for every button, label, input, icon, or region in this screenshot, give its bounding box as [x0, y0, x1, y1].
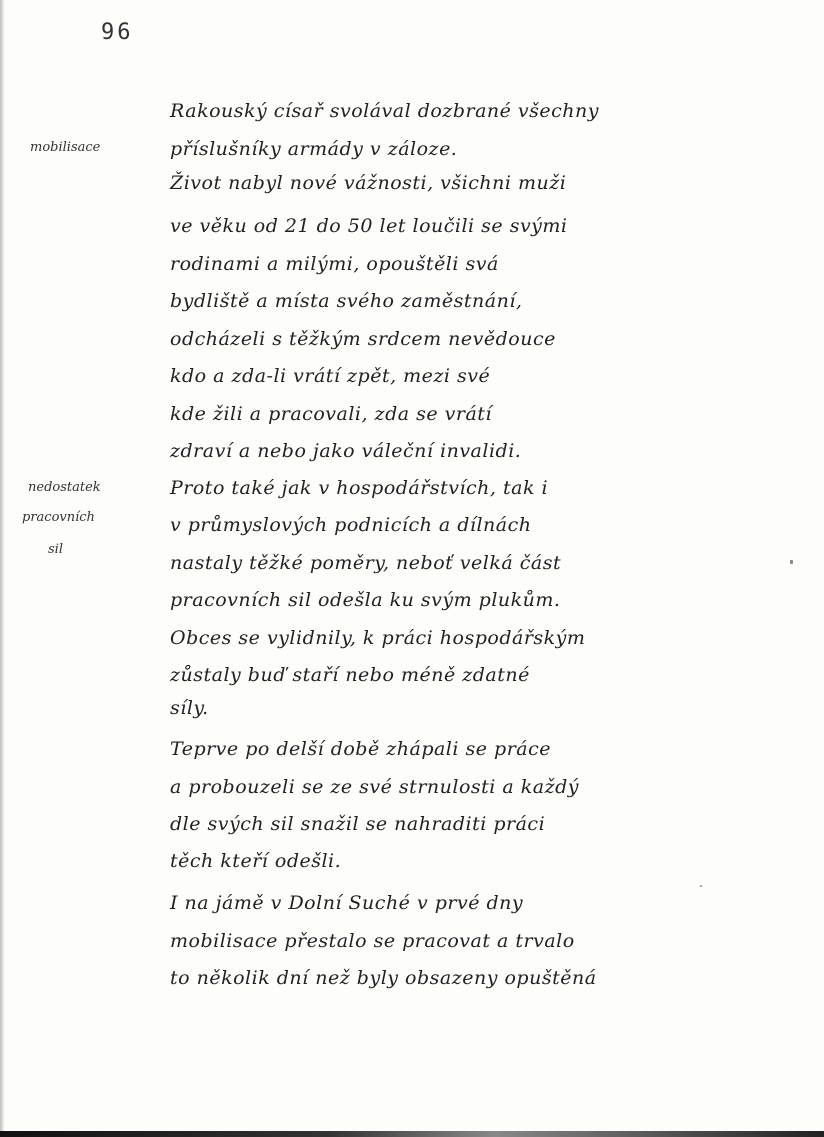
text-line: Obces se vylidnily, k práci hospodářským: [170, 627, 585, 649]
text-line: v průmyslových podnicích a dílnách: [170, 514, 532, 536]
scan-speck: [790, 560, 793, 564]
text-line: to několik dní než byly obsazeny opuštěn…: [170, 967, 597, 989]
text-line: bydliště a místa svého zaměstnání,: [170, 290, 522, 312]
document-page: 96 mobilisace nedostatek pracovních sil …: [0, 0, 824, 1137]
text-line: síly.: [170, 697, 209, 719]
margin-note-nedostatek: nedostatek: [28, 480, 101, 495]
text-line: Život nabyl nové vážnosti, všichni muži: [170, 172, 566, 194]
text-line: a probouzeli se ze své strnulosti a každ…: [170, 776, 579, 798]
text-line: I na jámě v Dolní Suché v prvé dny: [170, 892, 523, 914]
text-line: zdraví a nebo jako váleční invalidi.: [170, 440, 521, 462]
scan-speck: [700, 885, 702, 887]
text-line: příslušníky armády v záloze.: [170, 138, 457, 160]
text-line: nastaly těžké poměry, neboť velká část: [170, 552, 561, 574]
text-line: zůstaly buď staří nebo méně zdatné: [170, 664, 530, 686]
text-line: kde žili a pracovali, zda se vrátí: [170, 403, 492, 425]
text-line: Teprve po delší době zhápali se práce: [170, 738, 551, 760]
text-line: Rakouský císař svolával dozbrané všechny: [170, 100, 599, 122]
page-number: 96: [101, 20, 134, 45]
text-line: odcházeli s těžkým srdcem nevědouce: [170, 328, 556, 350]
scan-left-edge: [0, 0, 4, 1137]
text-line: dle svých sil snažil se nahraditi práci: [170, 813, 545, 835]
text-line: ve věku od 21 do 50 let loučili se svými: [170, 215, 568, 237]
margin-note-sil: sil: [48, 542, 63, 557]
text-line: těch kteří odešli.: [170, 850, 341, 872]
margin-note-pracovnich: pracovních: [22, 510, 95, 525]
text-line: rodinami a milými, opouštěli svá: [170, 253, 499, 275]
text-line: mobilisace přestalo se pracovat a trvalo: [170, 930, 575, 952]
margin-note-mobilisace: mobilisace: [30, 140, 100, 155]
text-line: pracovních sil odešla ku svým plukům.: [170, 589, 560, 611]
scan-bottom-edge: [0, 1131, 824, 1137]
text-line: kdo a zda-li vrátí zpět, mezi své: [170, 365, 490, 387]
text-line: Proto také jak v hospodářstvích, tak i: [170, 477, 548, 499]
